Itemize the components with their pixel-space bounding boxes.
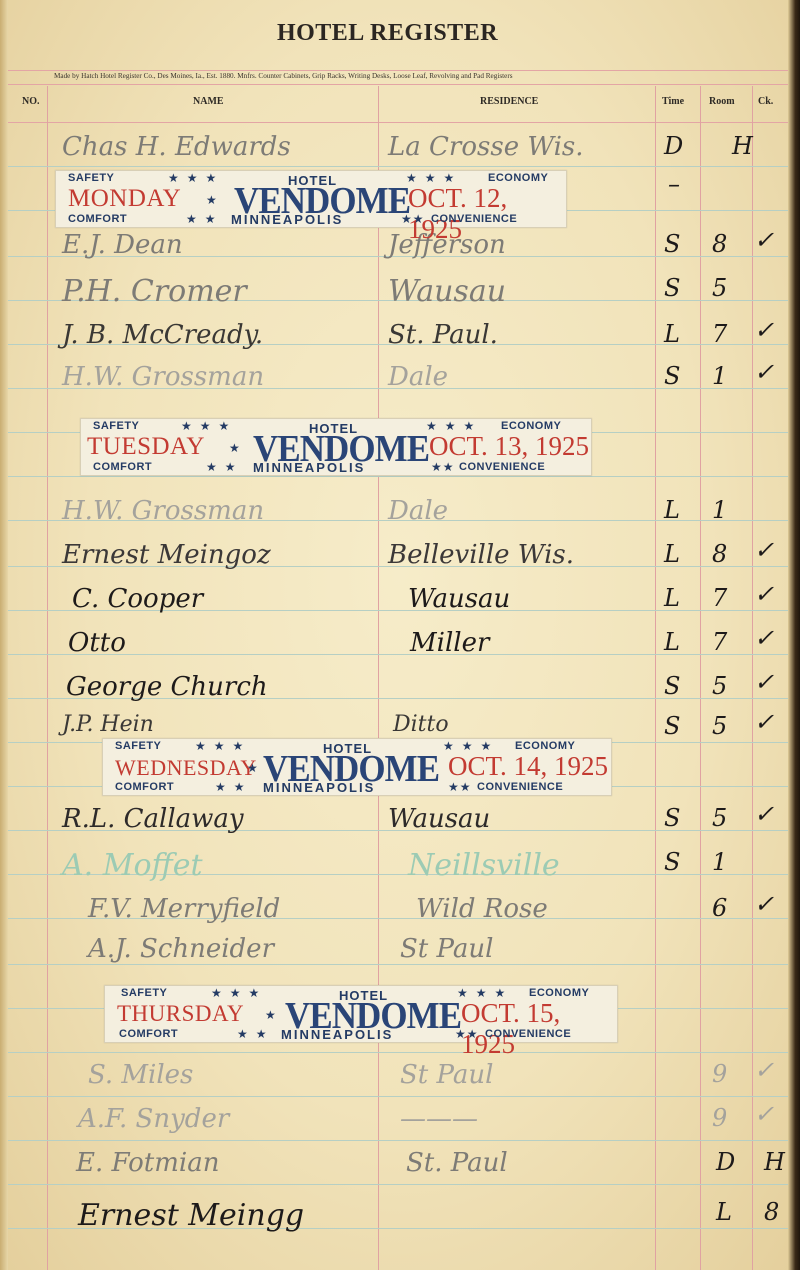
column-header-room: Room <box>709 96 735 107</box>
date-stamp-monday: SAFETY ★★★ MONDAY ★ HOTEL VENDOME ★★★ EC… <box>55 170 567 228</box>
guest-residence: Dale <box>388 496 448 526</box>
register-entry: Ernest Meingg L 8 <box>48 1190 788 1234</box>
stamp-day: MONDAY <box>68 185 181 213</box>
guest-name: Chas H. Edwards <box>62 132 291 162</box>
date-stamp-wednesday: SAFETY ★★★ WEDNESDAY ★ HOTEL VENDOME ★★★… <box>102 738 612 796</box>
star-icon: ★ <box>265 1008 284 1022</box>
guest-residence: Wild Rose <box>416 894 548 924</box>
register-entry: E. Fotmian St. Paul D H <box>48 1140 788 1184</box>
check-mark: ✓ <box>754 536 774 564</box>
register-page: HOTEL REGISTER Made by Hatch Hotel Regis… <box>0 0 800 1270</box>
arrival-time: S <box>664 230 680 258</box>
guest-name: Ernest Meingg <box>78 1198 304 1233</box>
room-number: 8 <box>712 230 727 258</box>
register-entry: F.V. Merryfield Wild Rose 6 ✓ <box>48 886 788 930</box>
arrival-time: S <box>664 274 680 302</box>
room-number: 7 <box>712 320 727 348</box>
guest-name: C. Cooper <box>72 584 203 614</box>
register-entry: Ernest Meingoz Belleville Wis. L 8 ✓ <box>48 532 788 576</box>
check-mark: ✓ <box>754 668 774 696</box>
book-binding-edge <box>788 0 800 1270</box>
stamp-comfort: COMFORT <box>93 461 152 473</box>
guest-residence: St. Paul. <box>388 320 498 350</box>
guest-residence: Wausau <box>388 274 506 309</box>
room-number: 7 <box>712 628 727 656</box>
register-entry: P.H. Cromer Wausau S 5 <box>48 266 788 310</box>
arrival-time: L <box>716 1198 732 1226</box>
guest-residence: Neillsville <box>408 848 560 883</box>
stamp-comfort: COMFORT <box>68 213 127 225</box>
star-icons: ★★★ <box>181 419 237 433</box>
stamp-city: MINNEAPOLIS <box>231 212 343 227</box>
header-rule <box>8 70 788 71</box>
star-icons: ★★ <box>237 1027 275 1041</box>
star-icons: ★★ <box>448 780 472 794</box>
stamp-city: MINNEAPOLIS <box>281 1027 393 1042</box>
stamp-convenience: CONVENIENCE <box>459 461 545 473</box>
stamp-safety: SAFETY <box>121 987 167 999</box>
check-mark: ✓ <box>754 1100 774 1128</box>
page-edge-left <box>0 0 8 1270</box>
guest-residence: St. Paul <box>406 1148 508 1178</box>
guest-name: A.J. Schneider <box>88 934 274 964</box>
guest-residence: Ditto <box>393 712 449 737</box>
stamp-convenience: CONVENIENCE <box>485 1028 571 1040</box>
star-icons: ★★★ <box>195 739 251 753</box>
guest-residence: St Paul <box>400 1060 493 1090</box>
arrival-time: L <box>664 540 680 568</box>
room-number: 5 <box>712 804 727 832</box>
room-number: H <box>764 1148 785 1176</box>
guest-residence: La Crosse Wis. <box>388 132 584 162</box>
register-entry: A. Moffet Neillsville S 1 <box>48 840 788 884</box>
register-entry: H.W. Grossman Dale L 1 <box>48 488 788 532</box>
stamp-city: MINNEAPOLIS <box>253 460 365 475</box>
column-header-ck: Ck. <box>758 96 773 107</box>
star-icons: ★★ <box>431 460 455 474</box>
stamp-safety: SAFETY <box>68 172 114 184</box>
stamp-safety: SAFETY <box>115 740 161 752</box>
arrival-time: D <box>664 132 683 160</box>
guest-name: A. Moffet <box>62 848 203 883</box>
guest-name: H.W. Grossman <box>62 496 264 526</box>
star-icons: ★★ <box>401 212 425 226</box>
guest-residence: Belleville Wis. <box>388 540 574 570</box>
stamp-convenience: CONVENIENCE <box>431 213 517 225</box>
guest-name: P.H. Cromer <box>62 274 247 309</box>
room-number: 6 <box>712 894 727 922</box>
stamp-city: MINNEAPOLIS <box>263 780 375 795</box>
check-mark: ✓ <box>754 624 774 652</box>
register-entry: J. B. McCready. St. Paul. L 7 ✓ <box>48 312 788 356</box>
star-icons: ★★ <box>206 460 244 474</box>
guest-name: J.P. Hein <box>62 712 154 737</box>
guest-name: George Church <box>66 672 268 702</box>
register-entry: Chas H. Edwards La Crosse Wis. D H <box>48 124 788 168</box>
room-number: 8 <box>712 540 727 568</box>
star-icon: ★ <box>206 193 225 207</box>
page-title: HOTEL REGISTER <box>0 20 775 47</box>
column-header-name: NAME <box>193 96 224 107</box>
header-rule <box>8 122 788 123</box>
column-header-time: Time <box>662 96 684 107</box>
check-mark: ✓ <box>754 708 774 736</box>
register-entry: A.J. Schneider St Paul <box>48 926 788 970</box>
check-mark: ✓ <box>754 1056 774 1084</box>
date-stamp-thursday: SAFETY ★★★ THURSDAY ★ HOTEL VENDOME ★★★ … <box>104 985 618 1043</box>
register-entry: Otto Miller L 7 ✓ <box>48 620 788 664</box>
room-number: 9 <box>712 1104 727 1132</box>
room-number: 7 <box>712 584 727 612</box>
register-entry: C. Cooper Wausau L 7 ✓ <box>48 576 788 620</box>
stamp-day: WEDNESDAY <box>115 755 257 781</box>
star-icons: ★★ <box>215 780 253 794</box>
room-number: 5 <box>712 274 727 302</box>
guest-name: E. Fotmian <box>76 1148 219 1178</box>
check-mark: ✓ <box>754 580 774 608</box>
arrival-time: L <box>664 584 680 612</box>
arrival-time: L <box>664 628 680 656</box>
star-icons: ★★★ <box>211 986 267 1000</box>
column-header-residence: RESIDENCE <box>480 96 538 107</box>
stamp-convenience: CONVENIENCE <box>477 781 563 793</box>
guest-name: E.J. Dean <box>62 230 183 260</box>
guest-residence: Wausau <box>408 584 510 614</box>
room-number: 5 <box>712 672 727 700</box>
stamp-safety: SAFETY <box>93 420 139 432</box>
room-number: 9 <box>712 1060 727 1088</box>
star-icon: ★ <box>229 441 248 455</box>
guest-name: Ernest Meingoz <box>62 540 271 570</box>
check-mark: ✓ <box>754 358 774 386</box>
arrival-time: S <box>664 362 680 390</box>
guest-residence: Dale <box>388 362 448 392</box>
guest-name: S. Miles <box>88 1060 193 1090</box>
guest-name: J. B. McCready. <box>62 320 263 350</box>
stamp-date: OCT. 13, 1925 <box>429 431 589 462</box>
column-header-no: NO. <box>22 96 40 107</box>
date-stamp-tuesday: SAFETY ★★★ TUESDAY ★ HOTEL VENDOME ★★★ E… <box>80 418 592 476</box>
maker-line: Made by Hatch Hotel Register Co., Des Mo… <box>54 72 513 80</box>
star-icons: ★★★ <box>168 171 224 185</box>
star-icons: ★★ <box>455 1027 479 1041</box>
guest-residence: Miller <box>410 628 489 658</box>
room-number: 8 <box>764 1198 779 1226</box>
guest-name: R.L. Callaway <box>62 804 244 834</box>
check-mark: ✓ <box>754 226 774 254</box>
arrival-time: L <box>664 496 680 524</box>
ruled-line <box>8 476 788 477</box>
register-entry: George Church S 5 ✓ <box>48 664 788 708</box>
room-number: H <box>732 132 753 160</box>
guest-name: H.W. Grossman <box>62 362 264 392</box>
guest-name: A.F. Snyder <box>78 1104 229 1134</box>
guest-residence: ——— <box>400 1104 478 1134</box>
arrival-time: D <box>716 1148 735 1176</box>
guest-residence: Wausau <box>388 804 490 834</box>
check-mark: ✓ <box>754 800 774 828</box>
ruled-line <box>8 1184 788 1185</box>
arrival-time: L <box>664 320 680 348</box>
room-number: 1 <box>712 362 727 390</box>
check-mark: ✓ <box>754 316 774 344</box>
stamp-day: TUESDAY <box>87 433 205 461</box>
arrival-time: S <box>664 672 680 700</box>
register-entry: A.F. Snyder ——— 9 ✓ <box>48 1096 788 1140</box>
guest-name: Otto <box>68 628 126 658</box>
register-entry: R.L. Callaway Wausau S 5 ✓ <box>48 796 788 840</box>
arrival-time: – <box>668 170 680 198</box>
arrival-time: S <box>664 712 680 740</box>
register-entry: H.W. Grossman Dale S 1 ✓ <box>48 354 788 398</box>
room-number: 1 <box>712 496 727 524</box>
guest-name: F.V. Merryfield <box>88 894 280 924</box>
check-mark: ✓ <box>754 890 774 918</box>
arrival-time: S <box>664 848 680 876</box>
stamp-comfort: COMFORT <box>115 781 174 793</box>
room-number: 1 <box>712 848 727 876</box>
header-rule <box>8 84 788 85</box>
arrival-time: S <box>664 804 680 832</box>
room-number: 5 <box>712 712 727 740</box>
stamp-day: THURSDAY <box>117 1001 244 1027</box>
guest-residence: St Paul <box>400 934 493 964</box>
register-entry: S. Miles St Paul 9 ✓ <box>48 1052 788 1096</box>
star-icons: ★★ <box>186 212 224 226</box>
stamp-comfort: COMFORT <box>119 1028 178 1040</box>
stamp-date: OCT. 14, 1925 <box>448 751 608 782</box>
